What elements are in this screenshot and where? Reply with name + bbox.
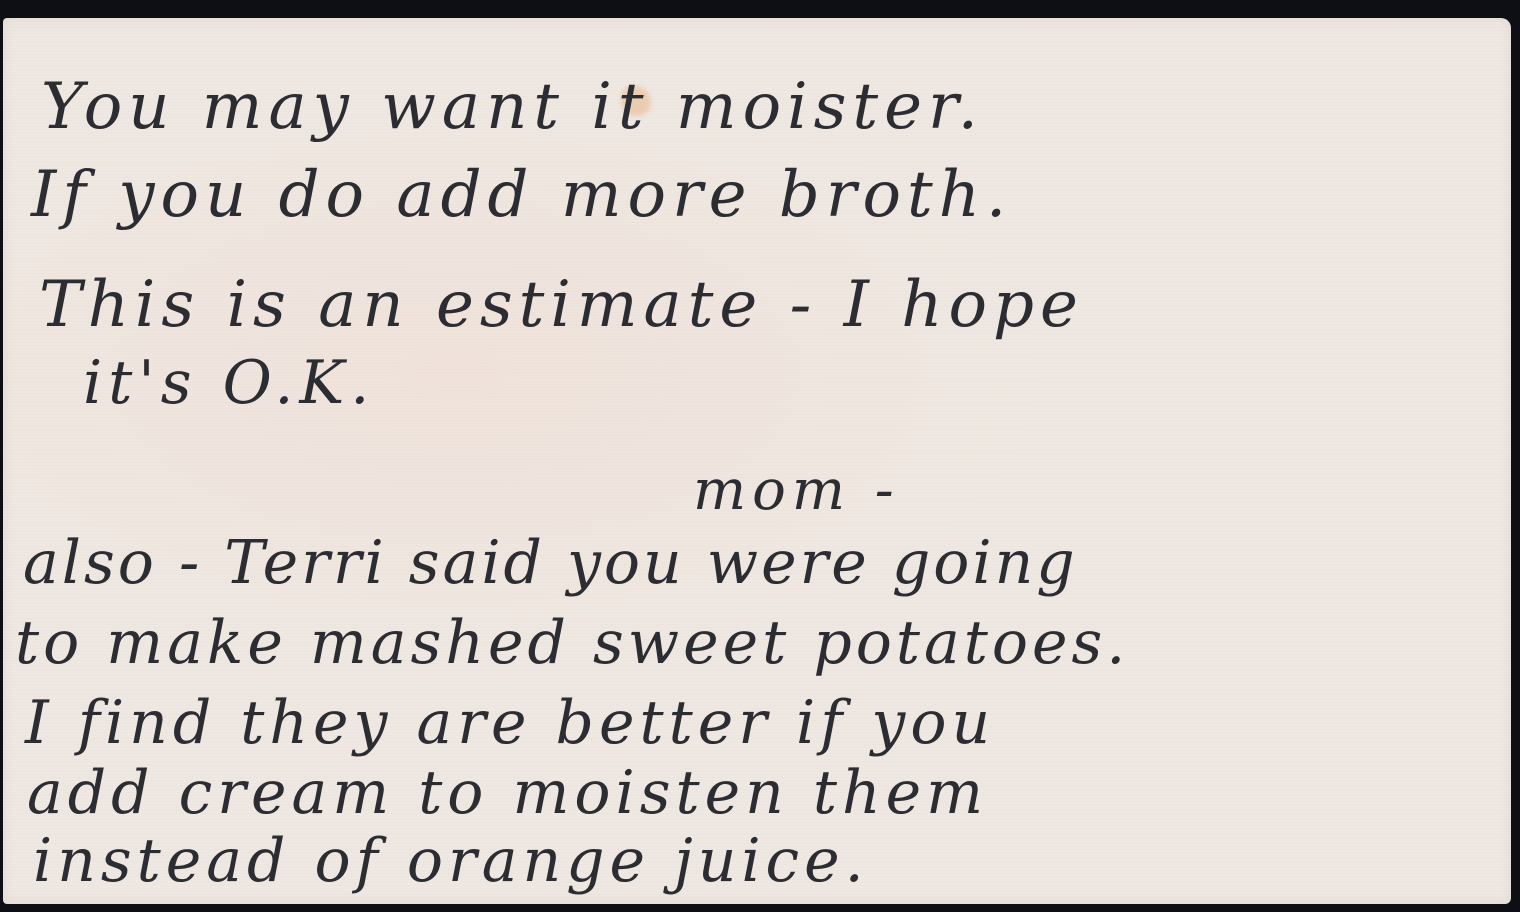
note-signature: mom -	[693, 458, 900, 523]
note-line-7: I find they are better if you	[25, 688, 995, 758]
note-line-8: add cream to moisten them	[27, 758, 988, 828]
note-line-9: instead of orange juice.	[33, 826, 869, 896]
note-line-5: also - Terri said you were going	[23, 528, 1078, 598]
note-line-4: it's O.K.	[83, 348, 375, 418]
note-card: You may want it moister. If you do add m…	[3, 18, 1511, 904]
note-line-1: You may want it moister.	[41, 70, 984, 144]
note-line-6: to make mashed sweet potatoes.	[15, 608, 1129, 678]
note-line-2: If you do add more broth.	[31, 158, 1012, 232]
note-line-3: This is an estimate - I hope	[39, 268, 1084, 342]
